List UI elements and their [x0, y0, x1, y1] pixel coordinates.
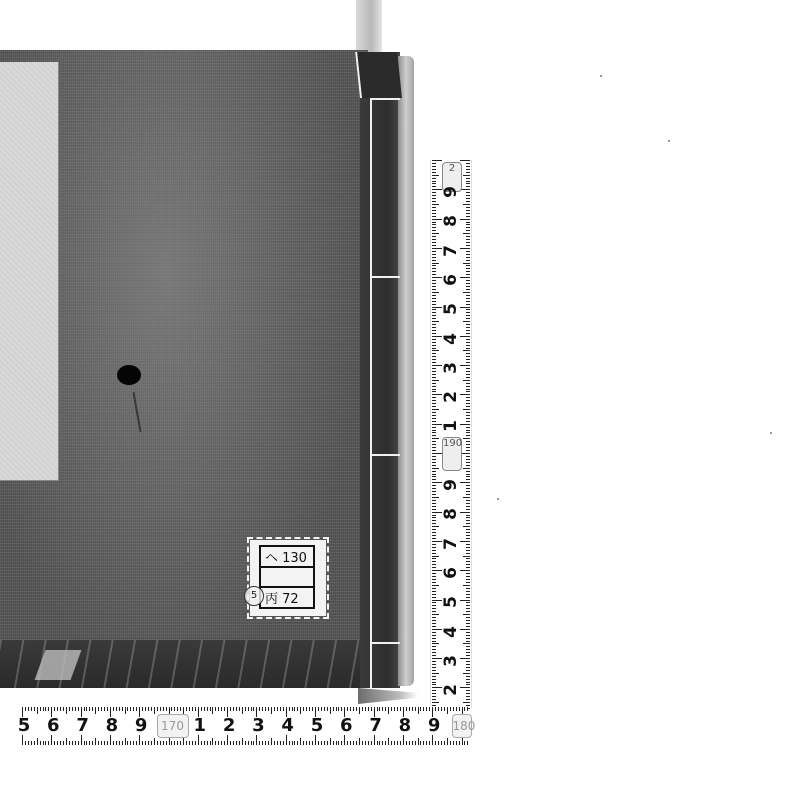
ruler-tick	[253, 707, 254, 711]
ruler-tick	[466, 617, 470, 618]
ruler-tick	[466, 251, 470, 252]
ruler-tick	[466, 430, 470, 431]
ruler-tick	[432, 652, 436, 653]
ruler-tick	[221, 741, 222, 745]
ruler-tick	[224, 741, 225, 745]
ruler-tick	[86, 741, 87, 745]
ruler-tick	[119, 707, 120, 711]
ruler-tick	[251, 741, 252, 745]
ruler-tick	[183, 738, 184, 745]
ruler-tick	[432, 195, 436, 196]
ruler-tick	[432, 257, 436, 258]
ruler-tick	[289, 741, 290, 745]
ruler-tick	[466, 532, 470, 533]
ruler-tick	[466, 166, 470, 167]
ruler-tick	[466, 324, 470, 325]
ruler-tick	[368, 707, 369, 711]
ruler-tick	[312, 707, 313, 711]
ruler-tick	[466, 374, 470, 375]
ruler-tick	[432, 175, 439, 176]
ruler-tick	[466, 435, 470, 436]
ruler-tick	[166, 741, 167, 745]
ruler-tick	[201, 707, 202, 711]
ruler-tick	[92, 741, 93, 745]
ruler-tick	[139, 735, 140, 745]
ruler-tick	[432, 468, 439, 469]
ruler-tick	[183, 707, 184, 714]
vertical-ruler: 219098765432198765432	[430, 160, 472, 708]
ruler-tick	[444, 741, 445, 745]
ruler-tick	[432, 172, 436, 173]
ruler-tick	[215, 741, 216, 745]
ruler-tick	[78, 707, 79, 711]
ruler-tick	[432, 210, 436, 211]
ruler-tick	[432, 251, 436, 252]
ruler-tick	[107, 741, 108, 745]
ruler-tick	[292, 741, 293, 745]
ruler-tick	[142, 707, 143, 711]
ruler-number: 8	[395, 715, 415, 736]
ruler-tick	[432, 309, 436, 310]
ruler-tick	[400, 741, 401, 745]
ruler-tick	[466, 520, 470, 521]
ruler-tick	[432, 260, 436, 261]
ruler-tick	[432, 614, 439, 615]
ruler-tick	[432, 459, 436, 460]
ruler-tick	[432, 198, 436, 199]
ruler-tick	[438, 741, 439, 745]
ruler-badge: 180	[452, 714, 472, 738]
ruler-tick	[432, 453, 442, 454]
label-row-volume: 丙 72	[261, 588, 313, 607]
ruler-tick	[385, 707, 386, 711]
ruler-tick	[432, 735, 433, 745]
ruler-tick	[432, 333, 436, 334]
ruler-tick	[242, 738, 243, 745]
ruler-tick	[268, 707, 269, 711]
ruler-tick	[429, 741, 430, 745]
ruler-number: 1	[190, 715, 210, 736]
ruler-tick	[245, 707, 246, 711]
ruler-tick	[379, 707, 380, 711]
ruler-tick	[426, 741, 427, 745]
ruler-tick	[98, 707, 99, 711]
ruler-number: 2	[441, 680, 461, 700]
ruler-tick	[104, 707, 105, 711]
ruler-tick	[453, 741, 454, 745]
ruler-tick	[432, 397, 436, 398]
ruler-tick	[37, 738, 38, 745]
ruler-tick	[466, 535, 470, 536]
ruler-tick	[432, 623, 436, 624]
ruler-tick	[466, 242, 470, 243]
ruler-tick	[409, 707, 410, 711]
ruler-number: 6	[43, 715, 63, 736]
ruler-tick	[63, 707, 64, 711]
ruler-tick	[466, 523, 470, 524]
ruler-tick	[466, 421, 470, 422]
ruler-tick	[432, 286, 436, 287]
ruler-tick	[382, 741, 383, 745]
ruler-tick	[463, 556, 470, 557]
ruler-tick	[441, 707, 442, 711]
ruler-tick	[423, 741, 424, 745]
ruler-tick	[157, 707, 158, 711]
ruler-tick	[84, 707, 85, 711]
ruler-tick	[466, 181, 470, 182]
ruler-tick	[60, 741, 61, 745]
ruler-tick	[432, 386, 436, 387]
ruler-tick	[432, 450, 436, 451]
ruler-tick	[432, 295, 436, 296]
ruler-tick	[432, 216, 436, 217]
ruler-tick	[466, 265, 470, 266]
ruler-tick	[466, 368, 470, 369]
ruler-tick	[466, 198, 470, 199]
ruler-tick	[432, 699, 436, 700]
ruler-tick	[122, 741, 123, 745]
ruler-tick	[466, 342, 470, 343]
ruler-tick	[423, 707, 424, 711]
ruler-tick	[432, 608, 436, 609]
ruler-tick	[227, 735, 228, 745]
spine-corner-cap	[355, 52, 402, 98]
ruler-tick	[385, 741, 386, 745]
ruler-tick	[297, 707, 298, 711]
ruler-tick	[432, 403, 436, 404]
ruler-tick	[31, 741, 32, 745]
ruler-tick	[466, 444, 470, 445]
ruler-tick	[466, 579, 470, 580]
ruler-tick	[233, 707, 234, 711]
ruler-tick	[78, 741, 79, 745]
ruler-tick	[157, 741, 158, 745]
ruler-tick	[432, 474, 436, 475]
ruler-tick	[438, 707, 439, 711]
ruler-tick	[466, 538, 470, 539]
ruler-tick	[466, 450, 470, 451]
ruler-tick	[324, 741, 325, 745]
ruler-tick	[463, 438, 470, 439]
ruler-tick	[274, 707, 275, 711]
ruler-tick	[306, 741, 307, 745]
ruler-tick	[333, 707, 334, 711]
ruler-tick	[432, 561, 436, 562]
ruler-tick	[466, 178, 470, 179]
ruler-tick	[432, 204, 439, 205]
ruler-tick	[336, 707, 337, 711]
ruler-tick	[189, 707, 190, 711]
ruler-tick	[466, 655, 470, 656]
ruler-tick	[466, 646, 470, 647]
ruler-tick	[432, 638, 436, 639]
ruler-tick	[239, 707, 240, 711]
ruler-tick	[215, 707, 216, 711]
ruler-number: 3	[248, 715, 268, 736]
binding-thread-stitch	[370, 98, 400, 100]
ruler-number: 7	[441, 534, 461, 554]
ruler-tick	[397, 707, 398, 711]
ruler-tick	[356, 741, 357, 745]
ruler-tick	[463, 233, 470, 234]
ruler-tick	[212, 738, 213, 745]
ruler-tick	[330, 738, 331, 745]
ruler-tick	[353, 707, 354, 711]
ruler-tick	[432, 207, 436, 208]
ruler-number: 5	[441, 592, 461, 612]
ruler-tick	[432, 230, 436, 231]
ruler-tick	[432, 605, 436, 606]
ruler-tick	[403, 735, 404, 745]
ruler-tick	[432, 345, 436, 346]
ruler-tick	[180, 707, 181, 711]
ruler-tick	[210, 707, 211, 711]
ruler-tick	[148, 707, 149, 711]
ruler-tick	[236, 707, 237, 711]
ruler-tick	[432, 268, 436, 269]
ruler-tick	[239, 741, 240, 745]
dust-speck	[497, 498, 499, 500]
ruler-tick	[136, 707, 137, 711]
ruler-tick	[466, 476, 470, 477]
ruler-tick	[466, 318, 470, 319]
ruler-tick	[432, 178, 436, 179]
ruler-tick	[45, 741, 46, 745]
ruler-tick	[432, 236, 436, 237]
dust-speck	[770, 432, 772, 434]
ruler-tick	[432, 538, 436, 539]
ruler-tick	[294, 707, 295, 711]
ruler-tick	[432, 441, 436, 442]
ruler-tick	[218, 707, 219, 711]
ruler-tick	[432, 356, 436, 357]
ruler-tick	[365, 741, 366, 745]
ruler-tick	[400, 707, 401, 711]
ruler-tick	[463, 175, 470, 176]
library-label: ヘ 130 丙 72 5	[250, 540, 326, 616]
ruler-tick	[466, 271, 470, 272]
ruler-tick	[415, 741, 416, 745]
ruler-tick	[432, 494, 436, 495]
ruler-tick	[300, 738, 301, 745]
ruler-number: 9	[131, 715, 151, 736]
ruler-tick	[312, 741, 313, 745]
ruler-tick	[212, 707, 213, 714]
ruler-tick	[432, 690, 436, 691]
ruler-tick	[309, 741, 310, 745]
ruler-tick	[466, 626, 470, 627]
ruler-tick	[34, 741, 35, 745]
ruler-tick	[466, 418, 470, 419]
round-stamp: 5	[244, 586, 264, 606]
ruler-tick	[463, 643, 470, 644]
ruler-tick	[466, 517, 470, 518]
ruler-tick	[460, 629, 470, 630]
ruler-tick	[48, 741, 49, 745]
ruler-tick	[265, 741, 266, 745]
ruler-tick	[28, 707, 29, 711]
ruler-tick	[406, 707, 407, 711]
ruler-tick	[432, 550, 436, 551]
ruler-tick	[463, 263, 470, 264]
ruler-tick	[195, 707, 196, 711]
ruler-tick	[432, 693, 436, 694]
ruler-tick	[432, 438, 439, 439]
ruler-tick	[432, 183, 436, 184]
ruler-tick	[327, 741, 328, 745]
ruler-tick	[34, 707, 35, 711]
ruler-tick	[365, 707, 366, 711]
ruler-tick	[303, 707, 304, 711]
ruler-tick	[466, 427, 470, 428]
ruler-tick	[466, 339, 470, 340]
ruler-tick	[92, 707, 93, 711]
ruler-tick	[466, 353, 470, 354]
ruler-tick	[125, 707, 126, 714]
ruler-tick	[460, 512, 470, 513]
ruler-tick	[113, 707, 114, 711]
ruler-tick	[466, 359, 470, 360]
ruler-tick	[432, 547, 436, 548]
ruler-tick	[268, 741, 269, 745]
ruler-tick	[432, 602, 436, 603]
ruler-tick	[160, 741, 161, 745]
ruler-tick	[432, 304, 436, 305]
ruler-tick	[432, 456, 436, 457]
ruler-tick	[466, 230, 470, 231]
ruler-tick	[432, 415, 436, 416]
dust-speck	[600, 75, 602, 77]
ruler-tick	[432, 289, 436, 290]
ruler-tick	[466, 462, 470, 463]
ruler-tick	[463, 204, 470, 205]
ruler-tick	[432, 224, 436, 225]
ruler-tick	[25, 741, 26, 745]
ruler-tick	[186, 707, 187, 711]
ruler-tick	[122, 707, 123, 711]
ruler-tick	[432, 535, 436, 536]
ruler-tick	[466, 635, 470, 636]
ruler-badge: 170	[157, 714, 189, 738]
ruler-tick	[432, 591, 436, 592]
ruler-tick	[104, 741, 105, 745]
ruler-tick	[466, 309, 470, 310]
ruler-tick	[432, 500, 436, 501]
ruler-tick	[466, 456, 470, 457]
ruler-tick	[432, 362, 436, 363]
ruler-tick	[466, 169, 470, 170]
ruler-number: 7	[441, 241, 461, 261]
ruler-tick	[127, 741, 128, 745]
ruler-tick	[466, 682, 470, 683]
ruler-tick	[466, 210, 470, 211]
ruler-tick	[463, 350, 470, 351]
ruler-tick	[133, 707, 134, 711]
ruler-tick	[466, 649, 470, 650]
ruler-tick	[177, 707, 178, 711]
ruler-tick	[391, 741, 392, 745]
ruler-number: 9	[441, 475, 461, 495]
ruler-tick	[466, 515, 470, 516]
ruler-tick	[466, 459, 470, 460]
ruler-tick	[116, 741, 117, 745]
ruler-tick	[466, 488, 470, 489]
ruler-tick	[171, 741, 172, 745]
ruler-tick	[318, 741, 319, 745]
ruler-tick	[432, 553, 436, 554]
ruler-tick	[463, 292, 470, 293]
ruler-tick	[81, 735, 82, 745]
ruler-tick	[466, 664, 470, 665]
ruler-tick	[456, 707, 457, 711]
ruler-tick	[432, 324, 436, 325]
ruler-tick	[432, 245, 436, 246]
ruler-tick	[466, 163, 470, 164]
ruler-tick	[230, 741, 231, 745]
ruler-tick	[432, 233, 439, 234]
ruler-tick	[66, 707, 67, 714]
ruler-tick	[432, 479, 436, 480]
ruler-tick	[432, 491, 436, 492]
ruler-tick	[432, 432, 436, 433]
ruler-tick	[432, 664, 436, 665]
ruler-tick	[466, 286, 470, 287]
ruler-tick	[432, 330, 436, 331]
ruler-tick	[460, 336, 470, 337]
ruler-tick	[466, 509, 470, 510]
ruler-tick	[110, 735, 111, 745]
ruler-tick	[466, 327, 470, 328]
ruler-tick	[51, 735, 52, 745]
ruler-number: 8	[441, 504, 461, 524]
ruler-tick	[466, 245, 470, 246]
ruler-tick	[466, 400, 470, 401]
ruler-tick	[466, 602, 470, 603]
ruler-tick	[309, 707, 310, 711]
ruler-tick	[463, 673, 470, 674]
ruler-tick	[236, 741, 237, 745]
ruler-tick	[432, 368, 436, 369]
ink-stain	[117, 365, 141, 385]
ruler-tick	[43, 707, 44, 711]
ruler-tick	[368, 741, 369, 745]
ruler-tick	[466, 594, 470, 595]
ruler-tick	[466, 227, 470, 228]
ruler-tick	[459, 741, 460, 745]
ruler-tick	[371, 707, 372, 711]
ruler-tick	[460, 541, 470, 542]
ruler-tick	[432, 169, 436, 170]
ruler-tick	[432, 594, 436, 595]
binding-thread-stitch	[370, 642, 400, 644]
ruler-tick	[466, 295, 470, 296]
ruler-tick	[432, 567, 436, 568]
ruler-number: 8	[102, 715, 122, 736]
ruler-tick	[37, 707, 38, 714]
ruler-number: 7	[73, 715, 93, 736]
ruler-tick	[466, 224, 470, 225]
ruler-tick	[466, 491, 470, 492]
ruler-tick	[25, 707, 26, 711]
ruler-tick	[283, 707, 284, 711]
ruler-tick	[163, 707, 164, 711]
ruler-tick	[341, 741, 342, 745]
ruler-tick	[466, 222, 470, 223]
ruler-tick	[432, 371, 436, 372]
ruler-tick	[466, 661, 470, 662]
ruler-tick	[466, 641, 470, 642]
ruler-tick	[432, 166, 436, 167]
